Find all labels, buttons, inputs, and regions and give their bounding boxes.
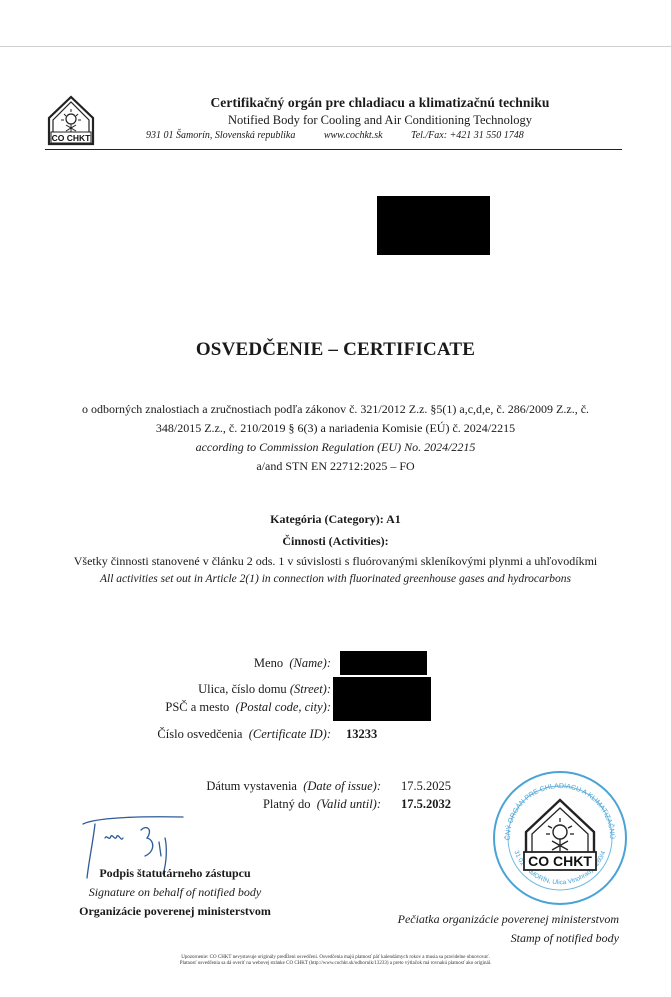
signature-organization: Organizácie poverenej ministerstvom — [40, 902, 310, 921]
certificate-id-value: 13233 — [346, 727, 377, 742]
svg-text:CO CHKT: CO CHKT — [528, 853, 592, 869]
issue-date-label: Dátum vystavenia (Date of issue): — [206, 779, 381, 794]
issuer-phone: Tel./Fax: +421 31 550 1748 — [411, 130, 524, 141]
category-value: A1 — [386, 512, 401, 526]
street-label: Ulica, číslo domu (Street): — [198, 682, 331, 697]
issuer-website: www.cochkt.sk — [324, 130, 383, 141]
stamp-caption-sk: Pečiatka organizácie poverenej ministers… — [398, 912, 619, 927]
valid-until-value: 17.5.2032 — [401, 797, 451, 812]
category-label: Kategória (Category): — [270, 512, 386, 526]
page-top-divider — [0, 46, 671, 47]
legal-basis-line-2: 348/2015 Z.z., č. 210/2019 § 6(3) a nari… — [0, 421, 671, 436]
signature-caption-en: Signature on behalf of notified body — [40, 883, 310, 902]
legal-basis-line-3: according to Commission Regulation (EU) … — [0, 440, 671, 455]
svg-text:CO CHKT: CO CHKT — [52, 133, 92, 143]
signature-block: Podpis štatutárneho zástupcu Signature o… — [40, 864, 310, 921]
footer-notice-line-2: Platnosť osvedčenia sa dá overiť na webo… — [0, 961, 671, 967]
header-divider — [45, 149, 622, 150]
postal-label: PSČ a mesto (Postal code, city): — [165, 700, 331, 715]
activities-sk: Všetky činnosti stanovené v článku 2 ods… — [0, 554, 671, 569]
issue-date-value: 17.5.2025 — [401, 779, 451, 794]
category: Kategória (Category): A1 — [0, 512, 671, 527]
certificate-id-label: Číslo osvedčenia (Certificate ID): — [157, 727, 331, 742]
signature-caption-sk: Podpis štatutárneho zástupcu — [40, 864, 310, 883]
redacted-block-top — [377, 196, 490, 255]
official-stamp: CERTIFIKAČNÝ ORGÁN PRE CHLADIACU A KLIMA… — [490, 768, 630, 908]
valid-until-label: Platný do (Valid until): — [263, 797, 381, 812]
issuer-address: 931 01 Šamorín, Slovenská republika — [146, 130, 295, 141]
stamp-caption-en: Stamp of notified body — [511, 931, 619, 946]
legal-basis-line-1: o odborných znalostiach a zručnostiach p… — [0, 402, 671, 417]
certificate-title: OSVEDČENIE – CERTIFICATE — [0, 339, 671, 361]
activities-label: Činnosti (Activities): — [0, 534, 671, 549]
issuer-name-en: Notified Body for Cooling and Air Condit… — [100, 113, 660, 128]
legal-basis-line-4: a/and STN EN 22712:2025 – FO — [0, 459, 671, 474]
activities-en: All activities set out in Article 2(1) i… — [0, 573, 671, 585]
stamp-logo-icon: CO CHKT — [524, 800, 596, 870]
co-chkt-logo-icon: CO CHKT — [45, 94, 97, 146]
issuer-name: Certifikačný orgán pre chladiacu a klima… — [100, 95, 660, 111]
redacted-address — [333, 677, 431, 721]
redacted-name — [340, 651, 427, 675]
name-label: Meno (Name): — [254, 656, 331, 671]
issuer-contact: 931 01 Šamorín, Slovenská republika www.… — [146, 130, 550, 141]
